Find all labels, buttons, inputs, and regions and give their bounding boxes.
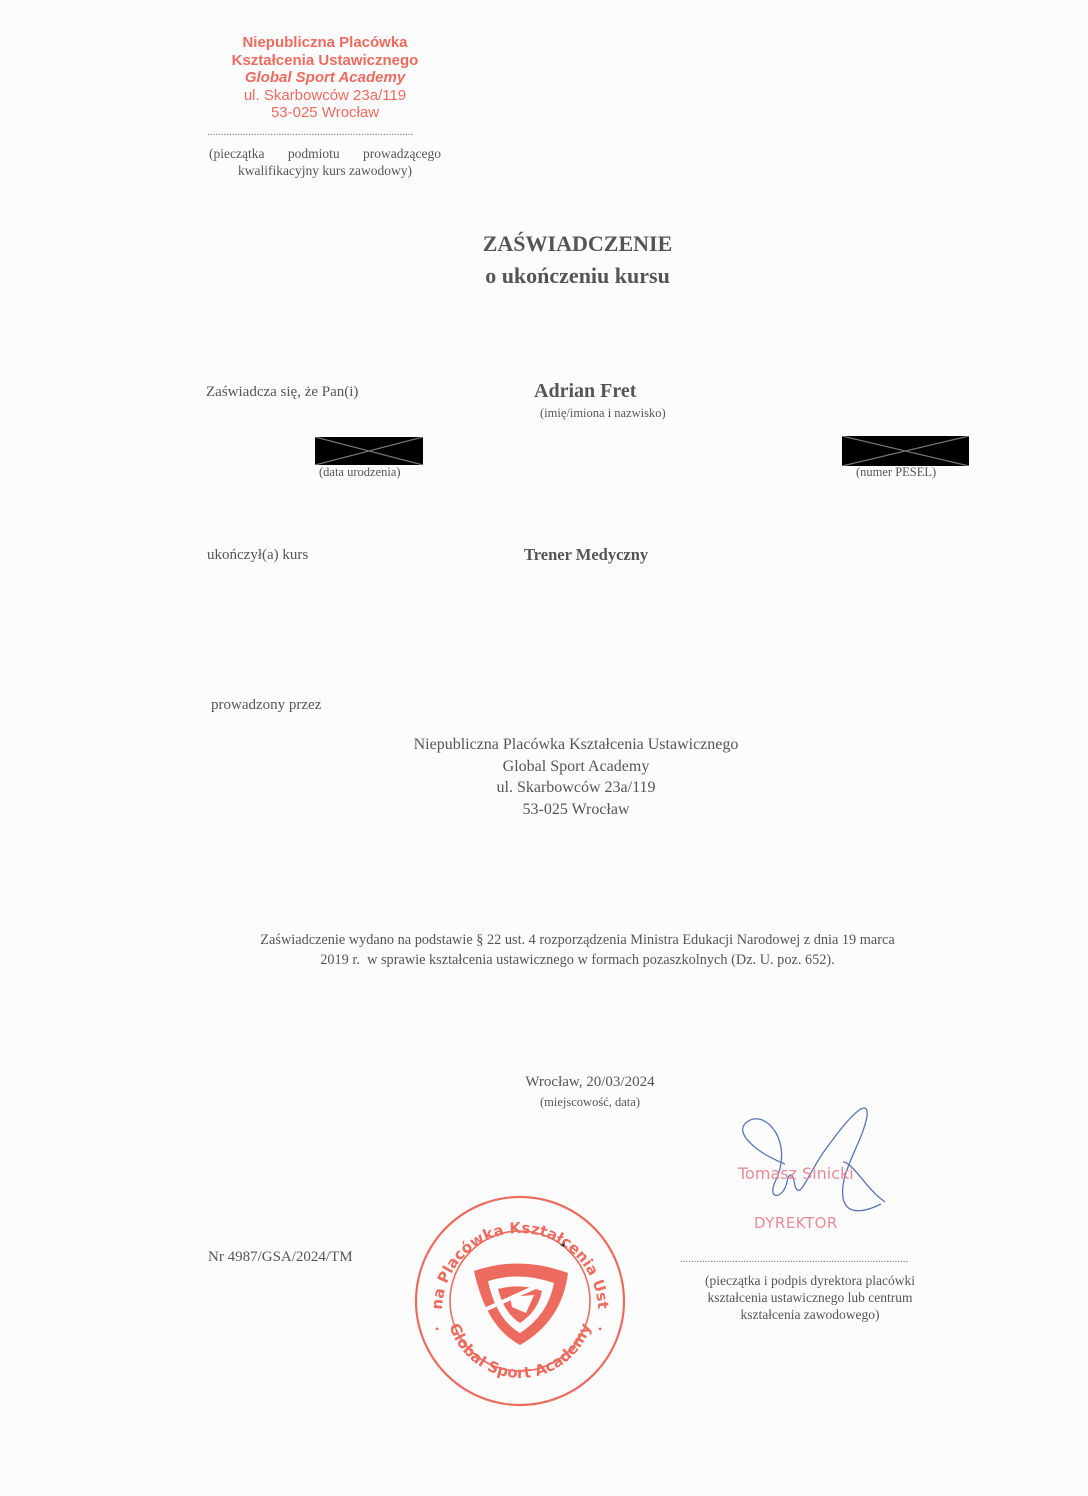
issuer-stamp: Niepubliczna Placówka Kształcenia Ustawi…: [200, 34, 450, 122]
stamp-caption-word: (pieczątka: [209, 145, 264, 162]
issuer-stamp-line: Kształcenia Ustawicznego: [200, 52, 450, 70]
legal-basis-line: 2019 r. w sprawie kształcenia ustawiczne…: [205, 950, 950, 970]
signature-caption: (pieczątka i podpis dyrektora placówki k…: [660, 1272, 960, 1323]
organizer-label: prowadzony przez: [211, 697, 321, 714]
organizer-line: 53-025 Wrocław: [376, 799, 776, 821]
issuer-stamp-line: Niepubliczna Placówka: [200, 34, 450, 52]
organizer-line: ul. Skarbowców 23a/119: [376, 777, 776, 799]
signature-caption-line: kształcenia ustawicznego lub centrum: [660, 1289, 960, 1306]
redaction-cross-icon: [315, 437, 423, 465]
seal-separator: •: [598, 1322, 602, 1336]
issuer-stamp-line: ul. Skarbowców 23a/119: [200, 87, 450, 105]
round-seal: Niepubliczna Placówka Kształcenia Ustawi…: [412, 1193, 628, 1409]
issuer-stamp-line: 53-025 Wrocław: [200, 104, 450, 122]
legal-basis-line: Zaświadczenie wydano na podstawie § 22 u…: [205, 930, 950, 950]
course-label: ukończył(a) kurs: [207, 547, 308, 564]
signature-dotted-line: ........................................…: [680, 1253, 945, 1265]
handwritten-signature: [735, 1102, 895, 1222]
course-name: Trener Medyczny: [524, 545, 648, 565]
stamp-caption: (pieczątka podmiotu prowadzącego kwalifi…: [200, 145, 450, 179]
document-title: ZAŚWIADCZENIE o ukończeniu kursu: [0, 228, 1088, 292]
organizer-address: Niepubliczna Placówka Kształcenia Ustawi…: [376, 734, 776, 820]
intro-label: Zaświadcza się, że Pan(i): [206, 384, 358, 401]
signatory-name-stamp: Tomasz Sinicki: [738, 1164, 854, 1183]
signature-icon: [735, 1102, 895, 1222]
place-date-caption: (miejscowość, data): [440, 1092, 740, 1112]
stamp-caption-word: podmiotu: [288, 145, 340, 162]
stamp-caption-line: kwalifikacyjny kurs zawodowy): [200, 162, 450, 179]
signatory-role-stamp: DYREKTOR: [754, 1214, 838, 1232]
person-name-caption: (imię/imiona i nazwisko): [540, 406, 666, 421]
signature-caption-line: (pieczątka i podpis dyrektora placówki: [660, 1272, 960, 1289]
title-sub: o ukończeniu kursu: [0, 260, 1088, 292]
stamp-dotted-line: ........................................…: [207, 126, 435, 138]
legal-basis: Zaświadczenie wydano na podstawie § 22 u…: [205, 930, 950, 970]
seal-separator: •: [435, 1322, 439, 1336]
redaction-cross-icon: [842, 436, 969, 466]
stamp-caption-word: prowadzącego: [363, 145, 441, 162]
organizer-line: Global Sport Academy: [376, 756, 776, 778]
issuer-stamp-line: Global Sport Academy: [200, 69, 450, 87]
birth-date-redaction: [315, 437, 423, 465]
certificate-number: Nr 4987/GSA/2024/TM: [208, 1249, 353, 1266]
signature-caption-line: kształcenia zawodowego): [660, 1306, 960, 1323]
birth-date-caption: (data urodzenia): [319, 465, 401, 480]
issue-place-date: Wrocław, 20/03/2024 (miejscowość, data): [440, 1072, 740, 1112]
seal-icon: Niepubliczna Placówka Kształcenia Ustawi…: [412, 1193, 628, 1409]
organizer-line: Niepubliczna Placówka Kształcenia Ustawi…: [376, 734, 776, 756]
shield-gs-logo-icon: [474, 1263, 568, 1345]
title-main: ZAŚWIADCZENIE: [0, 228, 1088, 260]
pesel-redaction: [842, 436, 969, 466]
place-date-value: Wrocław, 20/03/2024: [440, 1072, 740, 1092]
person-name: Adrian Fret: [534, 380, 636, 403]
pesel-caption: (numer PESEL): [856, 465, 936, 480]
